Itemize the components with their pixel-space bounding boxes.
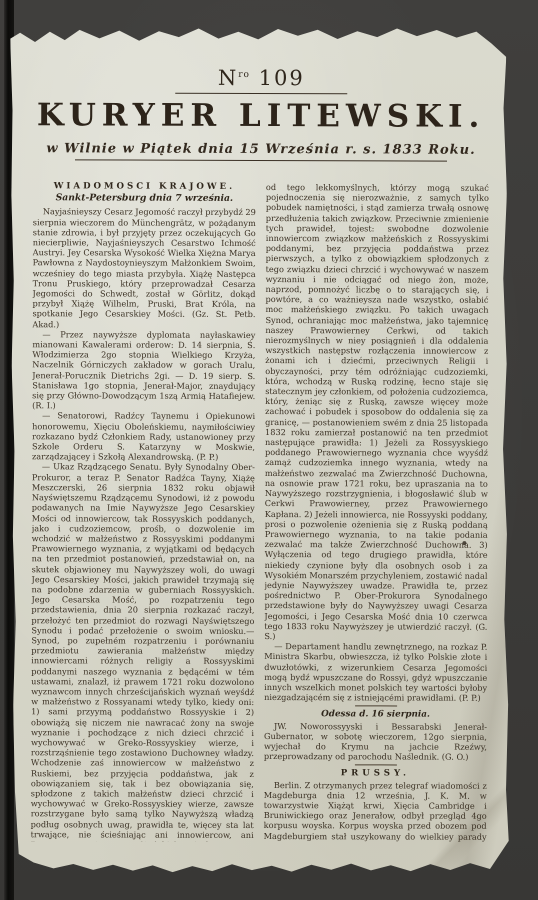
article-paragraph: — Departament handlu zewnętrznego, na ro… — [264, 641, 487, 703]
article-paragraph-continuation: od tego lekkomyślnych, którzy mogą szuka… — [264, 182, 489, 642]
article-paragraph: — Senatorowi, Radźcy Taynemu i Opiekunow… — [32, 411, 255, 463]
dateline-subheading: Sankt-Petersburg dnia 7 września. — [33, 193, 256, 204]
dateline: w Wilnie w Piątek dnia 15 Września r. s.… — [13, 141, 509, 158]
left-column: WIADOMOŚCI KRAJOWE. Sankt-Petersburg dni… — [31, 181, 256, 842]
page-content: Nro 109 KURYER LITEWSKI. w Wilnie w Piąt… — [11, 23, 510, 877]
prussy-heading: PRUSSY. — [264, 768, 487, 779]
issue-value: 109 — [259, 66, 305, 90]
dateline-underline — [75, 159, 447, 161]
section-divider — [354, 765, 396, 766]
issue-number: Nro 109 — [13, 65, 509, 91]
article-paragraph: Nayjaśnieyszy Cesarz Jegomość raczył prz… — [32, 207, 255, 330]
article-paragraph: — Ukaz Rządzącego Senatu. Były Synodalny… — [31, 462, 255, 842]
odessa-heading: Odessa d. 16 sierpnia. — [264, 709, 487, 720]
section-divider — [355, 706, 397, 707]
newspaper-page: Nro 109 KURYER LITEWSKI. w Wilnie w Piąt… — [10, 23, 510, 877]
section-heading: WIADOMOŚCI KRAJOWE. — [33, 181, 256, 192]
article-paragraph: — Przez naywyższe dyplomata nayłaskawiey… — [32, 329, 255, 411]
article-paragraph: JW. Noworossyyski i Bessarabski Jenerał-… — [264, 721, 487, 763]
issue-underline — [175, 93, 347, 95]
masthead-title: KURYER LITEWSKI. — [13, 97, 509, 135]
article-paragraph: Berlin. Z otrzymanych przez telegraf wia… — [264, 780, 487, 843]
right-column: od tego lekkomyślnych, którzy mogą szuka… — [264, 182, 489, 843]
text-columns: WIADOMOŚCI KRAJOWE. Sankt-Petersburg dni… — [31, 181, 489, 843]
issue-superscript: ro — [238, 70, 250, 80]
issue-prefix: N — [218, 66, 238, 90]
